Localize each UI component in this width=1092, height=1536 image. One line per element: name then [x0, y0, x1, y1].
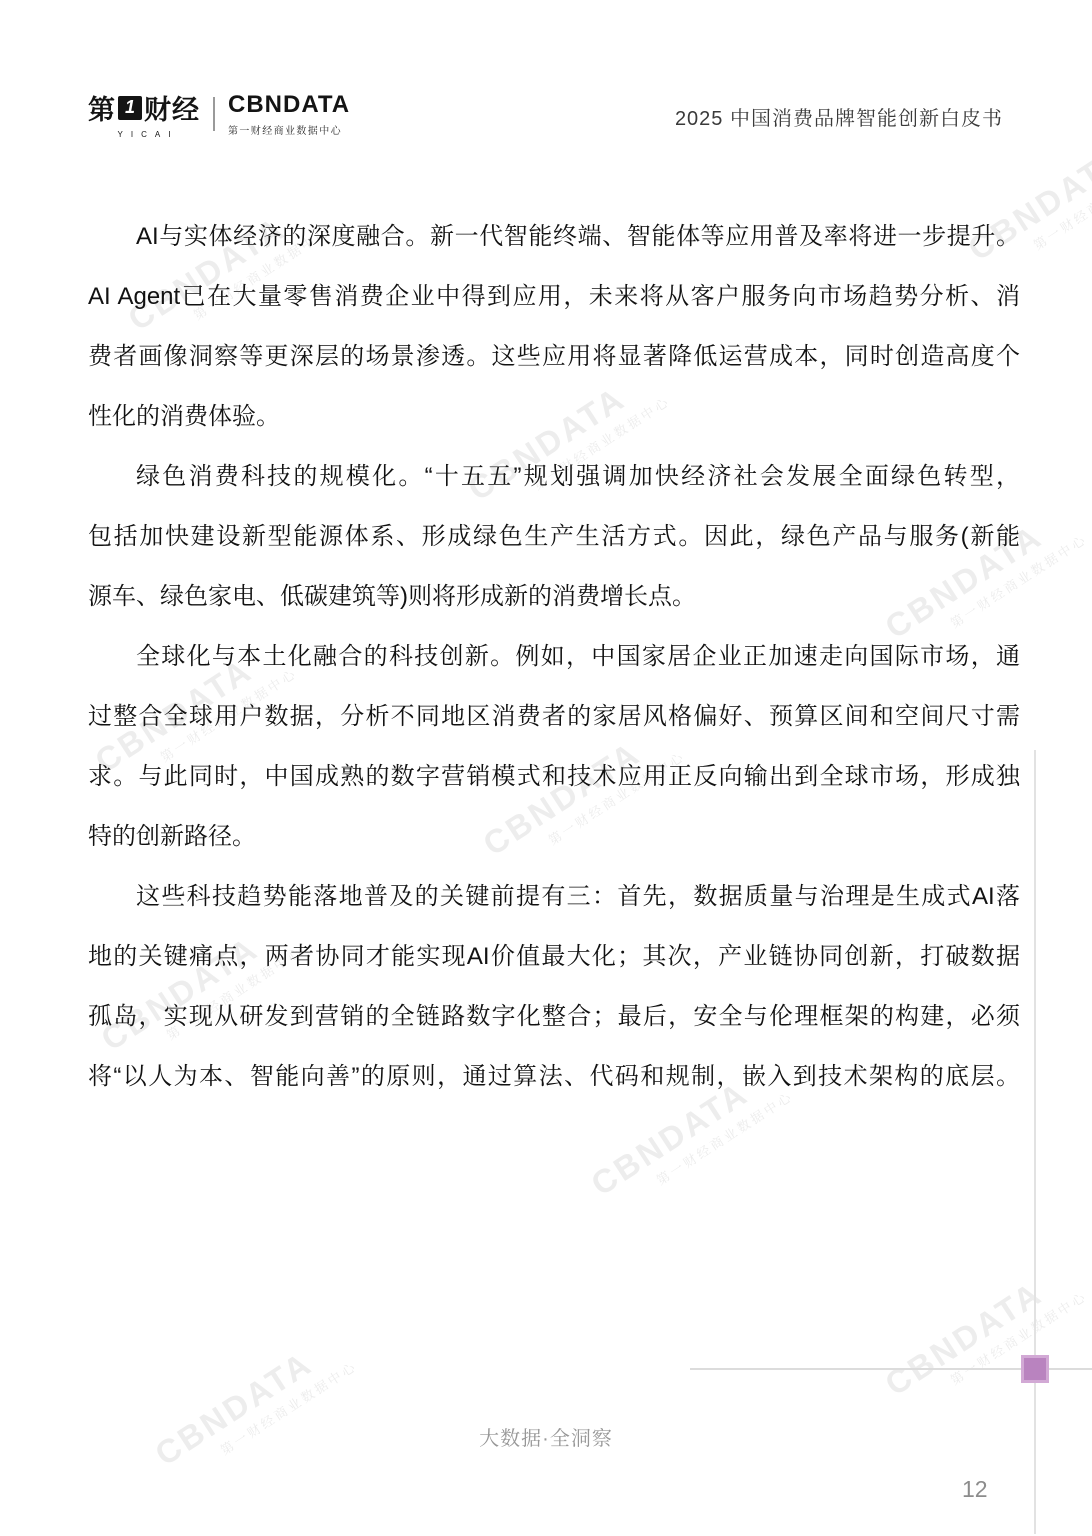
body-text-line: 性化的消费体验。: [88, 387, 1020, 447]
footer-tagline: 大数据·全洞察: [0, 1422, 1092, 1451]
yicai-logo-prefix: 第: [88, 88, 116, 127]
body-text: AI与实体经济的深度融合。新一代智能终端、智能体等应用普及率将进一步提升。 AI…: [88, 207, 1020, 1107]
body-text-line: 绿色消费科技的规模化。“十五五”规划强调加快经济社会发展全面绿色转型，: [88, 447, 1020, 507]
body-text-line: AI与实体经济的深度融合。新一代智能终端、智能体等应用普及率将进一步提升。: [88, 207, 1020, 267]
document-title: 2025 中国消费品牌智能创新白皮书: [675, 102, 1003, 131]
body-text-line: 孤岛，实现从研发到营销的全链路数字化整合；最后，安全与伦理框架的构建，必须: [88, 987, 1020, 1047]
yicai-logo-wordmark: 第 1 财经: [88, 88, 200, 127]
yicai-logo: 第 1 财经 YICAI: [88, 88, 200, 139]
watermark-sub-text: 第一财经商业数据中心: [946, 1286, 1091, 1389]
logo-divider: [213, 97, 215, 131]
body-text-line: 特的创新路径。: [88, 807, 1020, 867]
cbndata-watermark: CBNDATA 第一财经商业数据中心: [149, 1326, 360, 1490]
accent-square: [1021, 1355, 1049, 1383]
body-text-line: 过整合全球用户数据，分析不同地区消费者的家居风格偏好、预算区间和空间尺寸需: [88, 687, 1020, 747]
body-text-line: 全球化与本土化融合的科技创新。例如，中国家居企业正加速走向国际市场，通: [88, 627, 1020, 687]
body-text-line: 这些科技趋势能落地普及的关键前提有三：首先，数据质量与治理是生成式AI落: [88, 867, 1020, 927]
body-text-line: 源车、绿色家电、低碳建筑等)则将形成新的消费增长点。: [88, 567, 1020, 627]
body-text-line: 求。与此同时，中国成熟的数字营销模式和技术应用正反向输出到全球市场，形成独: [88, 747, 1020, 807]
cbndata-logo: CBNDATA 第一财经商业数据中心: [228, 91, 350, 137]
watermark-sub-text: 第一财经商业数据中心: [1029, 151, 1092, 254]
cbndata-logo-subtext: 第一财经商业数据中心: [228, 122, 350, 137]
yicai-logo-suffix: 财经: [144, 88, 200, 127]
vertical-rule: [1034, 750, 1036, 1534]
cbndata-watermark: CBNDATA 第一财经商业数据中心: [879, 1256, 1090, 1420]
page-number: 12: [962, 1476, 988, 1503]
body-text-line: 将“以人为本、智能向善”的原则，通过算法、代码和规制，嵌入到技术架构的底层。: [88, 1047, 1020, 1107]
yicai-logo-subtext: YICAI: [110, 130, 179, 139]
body-text-line: 包括加快建设新型能源体系、形成绿色生产生活方式。因此，绿色产品与服务(新能: [88, 507, 1020, 567]
page-header: 第 1 财经 YICAI CBNDATA 第一财经商业数据中心: [88, 88, 350, 139]
body-text-line: 费者画像洞察等更深层的场景渗透。这些应用将显著降低运营成本，同时创造高度个: [88, 327, 1020, 387]
cbndata-logo-wordmark: CBNDATA: [228, 91, 350, 119]
body-text-line: AI Agent已在大量零售消费企业中得到应用，未来将从客户服务向市场趋势分析、…: [88, 267, 1020, 327]
body-text-line: 地的关键痛点，两者协同才能实现AI价值最大化；其次，产业链协同创新，打破数据: [88, 927, 1020, 987]
yicai-logo-numeral-icon: 1: [118, 96, 142, 120]
document-page: CBNDATA 第一财经商业数据中心 CBNDATA 第一财经商业数据中心 CB…: [0, 0, 1092, 1536]
